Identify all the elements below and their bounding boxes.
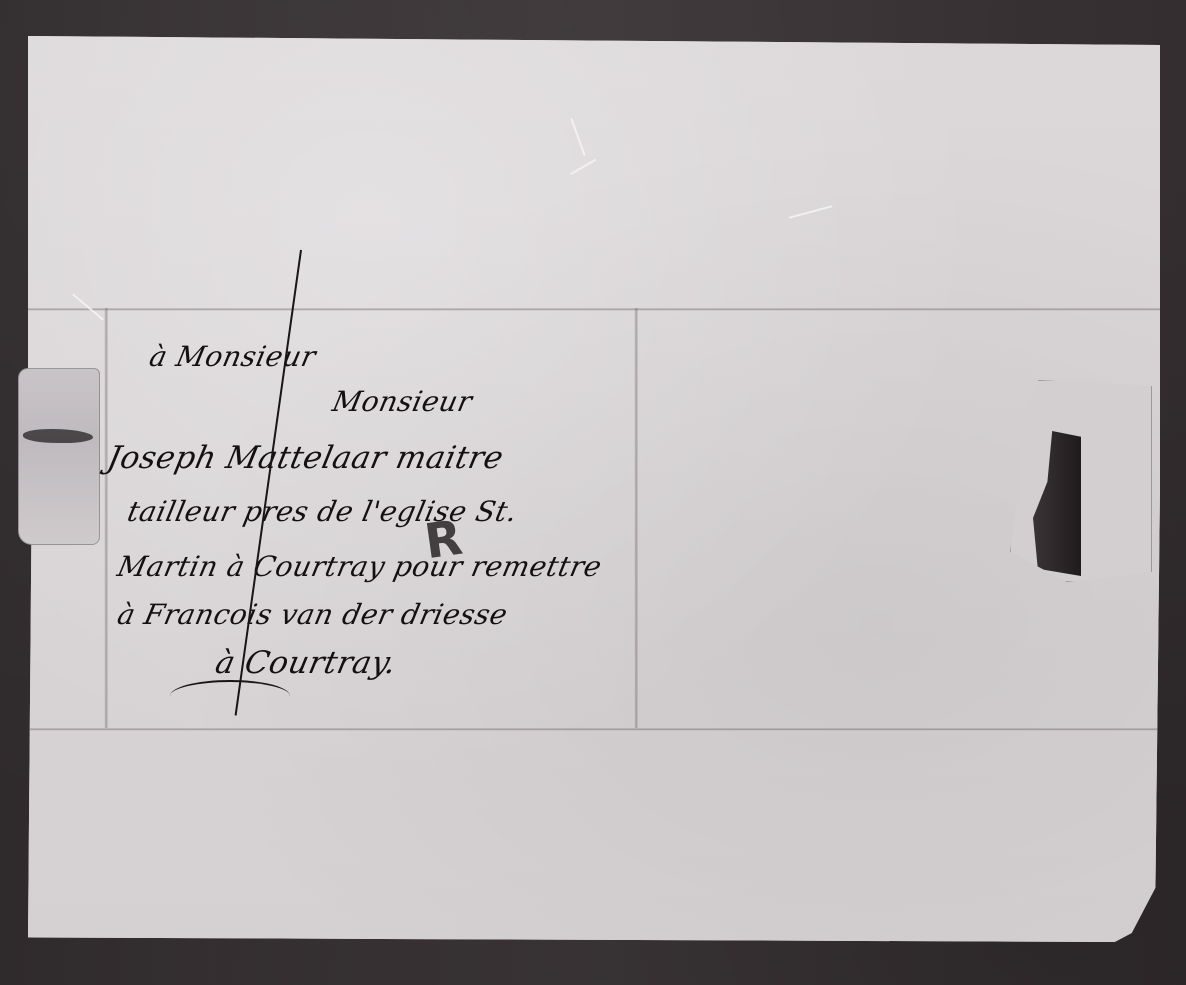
address-line-3: Joseph Mattelaar maitre	[104, 440, 507, 476]
address-line-2: Monsieur	[329, 385, 475, 418]
wax-seal-remnant-left	[18, 368, 100, 545]
torn-seal-area-right	[1010, 380, 1152, 582]
torn-hole	[1033, 431, 1081, 576]
postal-mark: R	[421, 510, 465, 571]
signature-flourish	[170, 680, 290, 712]
seal-shadow	[23, 429, 93, 443]
address-line-4: tailleur pres de l'eglise St.	[124, 495, 520, 528]
scratch-mark	[570, 159, 597, 176]
scratch-mark	[789, 205, 833, 219]
address-line-1: à Monsieur	[146, 340, 318, 373]
address-line-5: Martin à Courtray pour remettre	[114, 550, 604, 583]
address-block: à Monsieur Monsieur Joseph Mattelaar mai…	[108, 330, 648, 730]
scratch-mark	[72, 293, 104, 320]
address-line-6: à Francois van der driesse	[114, 598, 510, 631]
scratch-mark	[570, 118, 586, 156]
fold-line-top	[28, 308, 1160, 311]
